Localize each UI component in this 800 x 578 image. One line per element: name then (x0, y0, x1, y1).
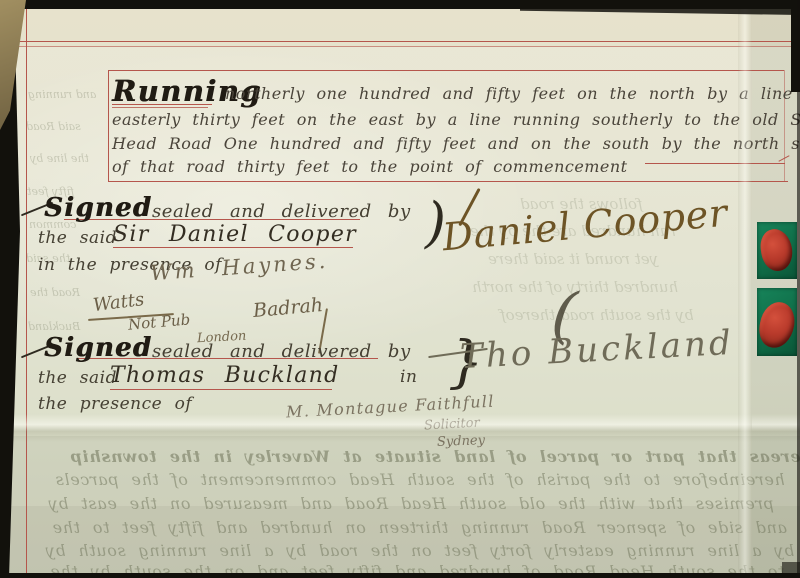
margin-line (26, 8, 27, 574)
bleedthrough-line: and running (28, 88, 96, 101)
ruled-line-top-1 (8, 41, 795, 42)
bleedthrough-line: the line by (30, 152, 89, 165)
paragraph-box-bottom (108, 181, 788, 182)
paragraph-line: of that road thirty feet to the point of… (112, 157, 628, 176)
bleedthrough-line: by the south road thereof (500, 306, 694, 324)
deed-scan: and running said Road the line by fifty … (0, 0, 800, 578)
buckland-lead-word: Signed (44, 333, 152, 363)
cooper-name-underline (113, 247, 353, 248)
vertical-fold-crease (738, 0, 752, 578)
bleedthrough-line: said Road (26, 120, 81, 133)
buckland-principal-name: Thomas Buckland (110, 363, 340, 388)
buckland-phrase: sealed and delivered by (152, 341, 411, 362)
buckland-in: in (400, 367, 417, 387)
paragraph-line: Head Road One hundred and fifty feet and… (112, 134, 800, 153)
bleedthrough-line: by a line running easterly forty feet on… (45, 541, 794, 560)
cooper-phrase: sealed and delivered by (152, 201, 411, 222)
cooper-principal-name: Sir Daniel Cooper (113, 222, 357, 247)
cooper-the-said: the said (38, 228, 117, 248)
ruled-line-top-2 (8, 46, 795, 47)
buckland-the-said: the said (38, 368, 117, 388)
scan-edge-top (0, 0, 800, 9)
bleedthrough-line: premises that with the old south Head Ro… (48, 494, 774, 513)
paragraph-line: northerly one hundred and fifty feet on … (225, 84, 800, 103)
cooper-lead-word: Signed (44, 193, 152, 223)
paragraph-box-left (108, 70, 109, 182)
upper-wax-seal (757, 222, 797, 279)
paragraph-box-top (108, 70, 784, 71)
bleedthrough-line: Road the (30, 286, 80, 299)
commencement-rule (645, 163, 785, 164)
scan-edge-right-bottom (782, 562, 800, 578)
lower-wax-seal (757, 288, 797, 356)
buckland-presence-of: the presence of (38, 394, 192, 414)
scan-edge-bottom (0, 573, 800, 578)
buckland-name-underline (110, 389, 332, 390)
paragraph-line: easterly thirty feet on the east by a li… (112, 110, 800, 129)
horizontal-fold-crease (0, 414, 800, 442)
bleedthrough-line: hereinbefore to the parish of the south … (55, 470, 785, 489)
bleedthrough-line: Buckland (28, 320, 80, 333)
bleedthrough-line: Whereas that part or parcel of land situ… (70, 447, 800, 466)
bleedthrough-line: and side of spencer Road running thirtee… (52, 518, 787, 537)
